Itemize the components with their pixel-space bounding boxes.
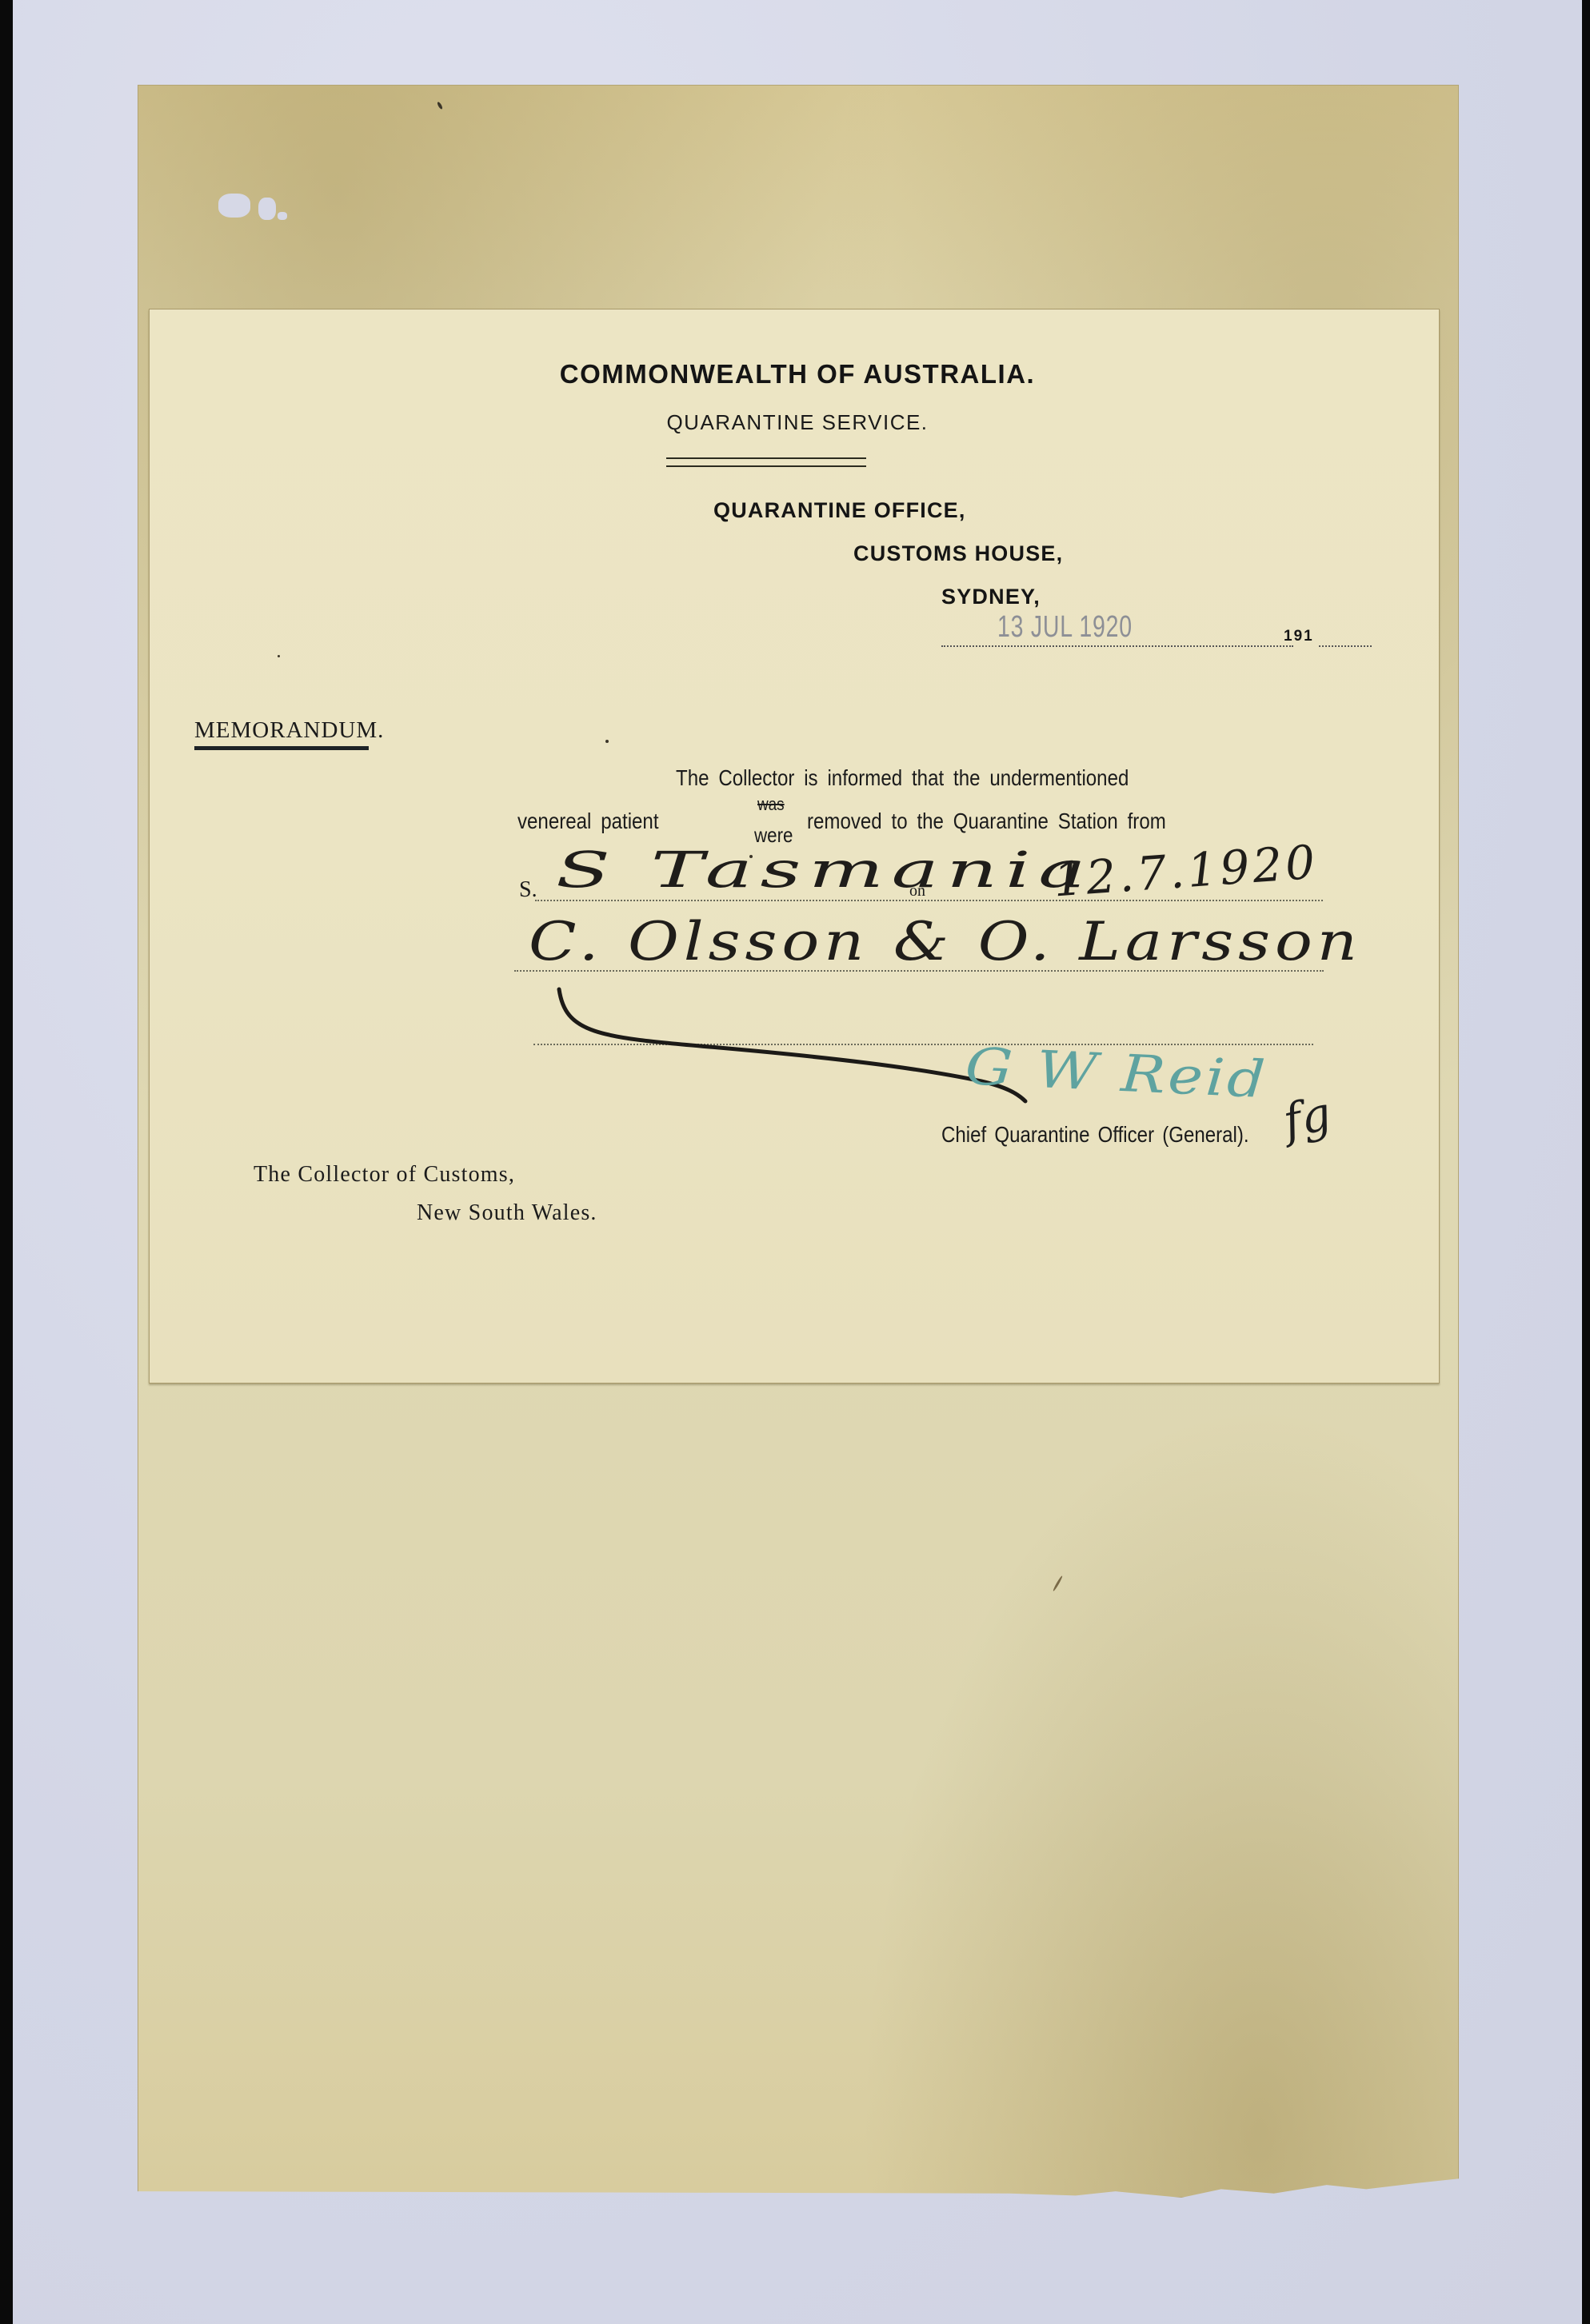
addressee-line-2: New South Wales.: [417, 1200, 597, 1226]
pen-stroke-curve: [150, 309, 1439, 1383]
scan-border-right: [1582, 0, 1590, 2324]
addressee-line-1: The Collector of Customs,: [254, 1162, 515, 1188]
paper-tear: [258, 198, 276, 220]
signer-title: Chief Quarantine Officer (General).: [941, 1122, 1249, 1148]
paper-fleck: [749, 855, 753, 858]
paper-fleck: [278, 655, 280, 657]
paper-tear: [218, 194, 250, 218]
paper-fleck: [437, 102, 443, 110]
paper-fleck: [605, 740, 609, 743]
scan-border-left: [0, 0, 13, 2324]
memorandum-card: COMMONWEALTH OF AUSTRALIA. QUARANTINE SE…: [149, 309, 1440, 1384]
paper-tear: [278, 212, 287, 220]
paper-fleck: [1053, 1575, 1064, 1592]
